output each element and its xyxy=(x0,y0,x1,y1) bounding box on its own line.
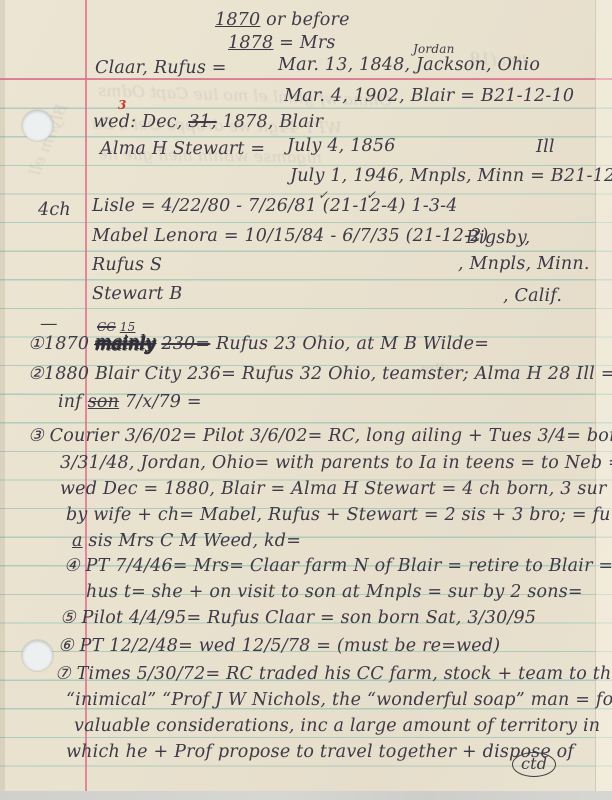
handwritten-line: Jordan xyxy=(413,42,455,56)
text-run: Courier 3/6/02= Pilot 3/6/02= RC, long a… xyxy=(44,426,612,446)
text-run: ⑥ xyxy=(58,636,74,656)
handwritten-line: hus t= she + on visit to son at Mnpls = … xyxy=(86,582,583,602)
text-run: Rufus S xyxy=(92,255,162,275)
text-run: sis Mrs C M Weed, kd= xyxy=(83,531,301,551)
paper-left-edge xyxy=(0,0,5,791)
handwritten-line: ✓ xyxy=(318,188,328,202)
text-run: Jordan xyxy=(413,42,455,56)
handwritten-line: Mar. 13, 1848, Jackson, Ohio xyxy=(278,55,540,75)
text-run: Times 5/30/72= RC traded his CC farm, st… xyxy=(71,664,612,684)
handwritten-line: ⑥ PT 12/2/48= wed 12/5/78 = (must be re=… xyxy=(58,636,500,656)
scanned-note-page: { "document": { "type": "handwritten gen… xyxy=(0,0,612,800)
handwritten-line: ③ Courier 3/6/02= Pilot 3/6/02= RC, long… xyxy=(28,426,612,446)
text-run: Bigsby, xyxy=(466,228,530,248)
text-run: Stewart B xyxy=(92,284,182,304)
text-run: 1878 xyxy=(228,33,273,53)
handwritten-line: wed: Dec, 31, 1878, Blair xyxy=(93,112,323,132)
handwritten-line: Claar, Rufus = xyxy=(95,58,227,78)
text-run: ✓ xyxy=(318,188,328,202)
text-run: 31, xyxy=(188,112,216,132)
handwritten-line: 1870 or before xyxy=(215,10,350,30)
handwritten-line: Alma H Stewart = xyxy=(100,139,265,159)
text-run: inf xyxy=(58,392,88,412)
handwritten-line: , Mnpls, Minn. xyxy=(458,254,590,274)
handwritten-line: ②1880 Blair City 236= Rufus 32 Ohio, tea… xyxy=(28,364,612,384)
text-run: — xyxy=(40,314,58,334)
text-run: Lisle = 4/22/80 - 7/26/81 (21-12-4) 1-3-… xyxy=(92,196,458,216)
text-run: 1880 Blair City 236= Rufus 32 Ohio, team… xyxy=(44,364,612,384)
handwritten-line: wed Dec = 1880, Blair = Alma H Stewart =… xyxy=(60,479,612,499)
handwritten-line: Stewart B xyxy=(92,284,182,304)
handwritten-line: inf son 7/x/79 = xyxy=(58,392,202,412)
text-run: July 1, 1946, Mnpls, Minn = B21-12-9 xyxy=(290,166,612,186)
text-run: by wife + ch= Mabel, Rufus + Stewart = 2… xyxy=(66,505,612,525)
text-run: ③ xyxy=(28,426,44,446)
text-run: Mar. 13, 1848, Jackson, Ohio xyxy=(278,55,540,75)
text-run: , Calif. xyxy=(503,286,562,306)
text-run: 1870 xyxy=(215,10,260,30)
text-run: , Mnpls, Minn. xyxy=(458,254,590,274)
text-run: 1870 xyxy=(44,334,95,354)
top-margin-line xyxy=(0,78,612,80)
paper-sheet: Omna wf ghml el mo lue Capt OdmsWPT 44gi… xyxy=(0,0,612,791)
handwritten-line: Rufus S xyxy=(92,255,162,275)
hole-punch xyxy=(22,640,53,671)
handwritten-line: Mabel Lenora = 10/15/84 - 6/7/35 (21-12-… xyxy=(92,226,489,246)
handwritten-line: ✓ xyxy=(366,188,376,202)
text-run: = Mrs xyxy=(273,33,335,53)
text-run: PT 12/2/48= wed 12/5/78 = (must be re=we… xyxy=(74,636,500,656)
text-run: ⑤ xyxy=(60,608,76,628)
text-run: 3 xyxy=(118,98,127,112)
handwritten-line: ⑦ Times 5/30/72= RC traded his CC farm, … xyxy=(55,664,612,684)
text-run: 3/31/48, Jordan, Ohio= with parents to I… xyxy=(60,453,612,473)
handwritten-line: a sis Mrs C M Weed, kd= xyxy=(72,531,301,551)
text-run: a xyxy=(72,531,83,551)
text-run: CC xyxy=(97,320,116,334)
hole-punch xyxy=(22,110,53,141)
text-run: 7/x/79 = xyxy=(119,392,202,412)
handwritten-line: July 1, 1946, Mnpls, Minn = B21-12-9 xyxy=(290,166,612,186)
text-run: Pilot 4/4/95= Rufus Claar = son born Sat… xyxy=(76,608,536,628)
text-run: or before xyxy=(260,10,349,30)
text-run: ② xyxy=(28,364,44,384)
text-run: ctd xyxy=(512,752,556,777)
text-run: Mar. 4, 1902, Blair = B21-12-10 xyxy=(284,86,574,106)
text-run: ① xyxy=(28,334,44,354)
text-run: wed: Dec, xyxy=(93,112,188,132)
handwritten-line: Ill xyxy=(536,137,555,157)
handwritten-line: — xyxy=(40,314,58,334)
text-run: Rufus 23 Ohio, at M B Wilde= xyxy=(210,334,489,354)
text-run: Alma H Stewart = xyxy=(100,139,265,159)
handwritten-line: 3 xyxy=(118,98,127,112)
text-run: ✓ xyxy=(366,188,376,202)
text-run: 1878, Blair xyxy=(217,112,323,132)
handwritten-line: Mar. 4, 1902, Blair = B21-12-10 xyxy=(284,86,574,106)
text-run: ④ xyxy=(64,556,80,576)
text-run: valuable considerations, inc a large amo… xyxy=(74,716,600,736)
handwritten-line: Bigsby, xyxy=(466,228,530,248)
handwritten-line: ctd xyxy=(512,754,556,774)
text-run: 230= xyxy=(161,334,210,354)
text-run: “inimical” “Prof J W Nichols, the “wonde… xyxy=(66,690,612,710)
text-run: wed Dec = 1880, Blair = Alma H Stewart =… xyxy=(60,479,612,499)
text-run: 15 xyxy=(120,320,136,334)
handwritten-line: ⑤ Pilot 4/4/95= Rufus Claar = son born S… xyxy=(60,608,536,628)
text-run: ⑦ xyxy=(55,664,71,684)
text-run: mainly xyxy=(95,334,156,354)
handwritten-line: , Calif. xyxy=(503,286,562,306)
handwritten-line: 4ch xyxy=(38,200,71,220)
text-run: Ill xyxy=(536,137,555,157)
handwritten-line: July 4, 1856 xyxy=(287,136,396,156)
text-run: PT 7/4/46= Mrs= Claar farm N of Blair = … xyxy=(80,556,612,576)
handwritten-line: 1878 = Mrs xyxy=(228,33,336,53)
text-run: Claar, Rufus = xyxy=(95,58,227,78)
text-run: hus t= she + on visit to son at Mnpls = … xyxy=(86,582,583,602)
handwritten-line: “inimical” “Prof J W Nichols, the “wonde… xyxy=(66,690,612,710)
text-run: which he + Prof propose to travel togeth… xyxy=(66,742,574,762)
scan-background-strip xyxy=(0,791,612,800)
handwritten-line: Lisle = 4/22/80 - 7/26/81 (21-12-4) 1-3-… xyxy=(92,196,458,216)
handwritten-line: ①1870 mainly 230= Rufus 23 Ohio, at M B … xyxy=(28,334,489,354)
text-run: Mabel Lenora = 10/15/84 - 6/7/35 (21-12-… xyxy=(92,226,489,246)
handwritten-line: valuable considerations, inc a large amo… xyxy=(74,716,600,736)
text-run: son xyxy=(88,392,119,412)
handwritten-line: which he + Prof propose to travel togeth… xyxy=(66,742,574,762)
handwritten-line: by wife + ch= Mabel, Rufus + Stewart = 2… xyxy=(66,505,612,525)
text-run: 4ch xyxy=(38,200,71,220)
handwritten-line: ④ PT 7/4/46= Mrs= Claar farm N of Blair … xyxy=(64,556,612,576)
handwritten-line: CC 15 xyxy=(97,320,135,334)
handwritten-line: 3/31/48, Jordan, Ohio= with parents to I… xyxy=(60,453,612,473)
text-run: July 4, 1856 xyxy=(287,136,396,156)
